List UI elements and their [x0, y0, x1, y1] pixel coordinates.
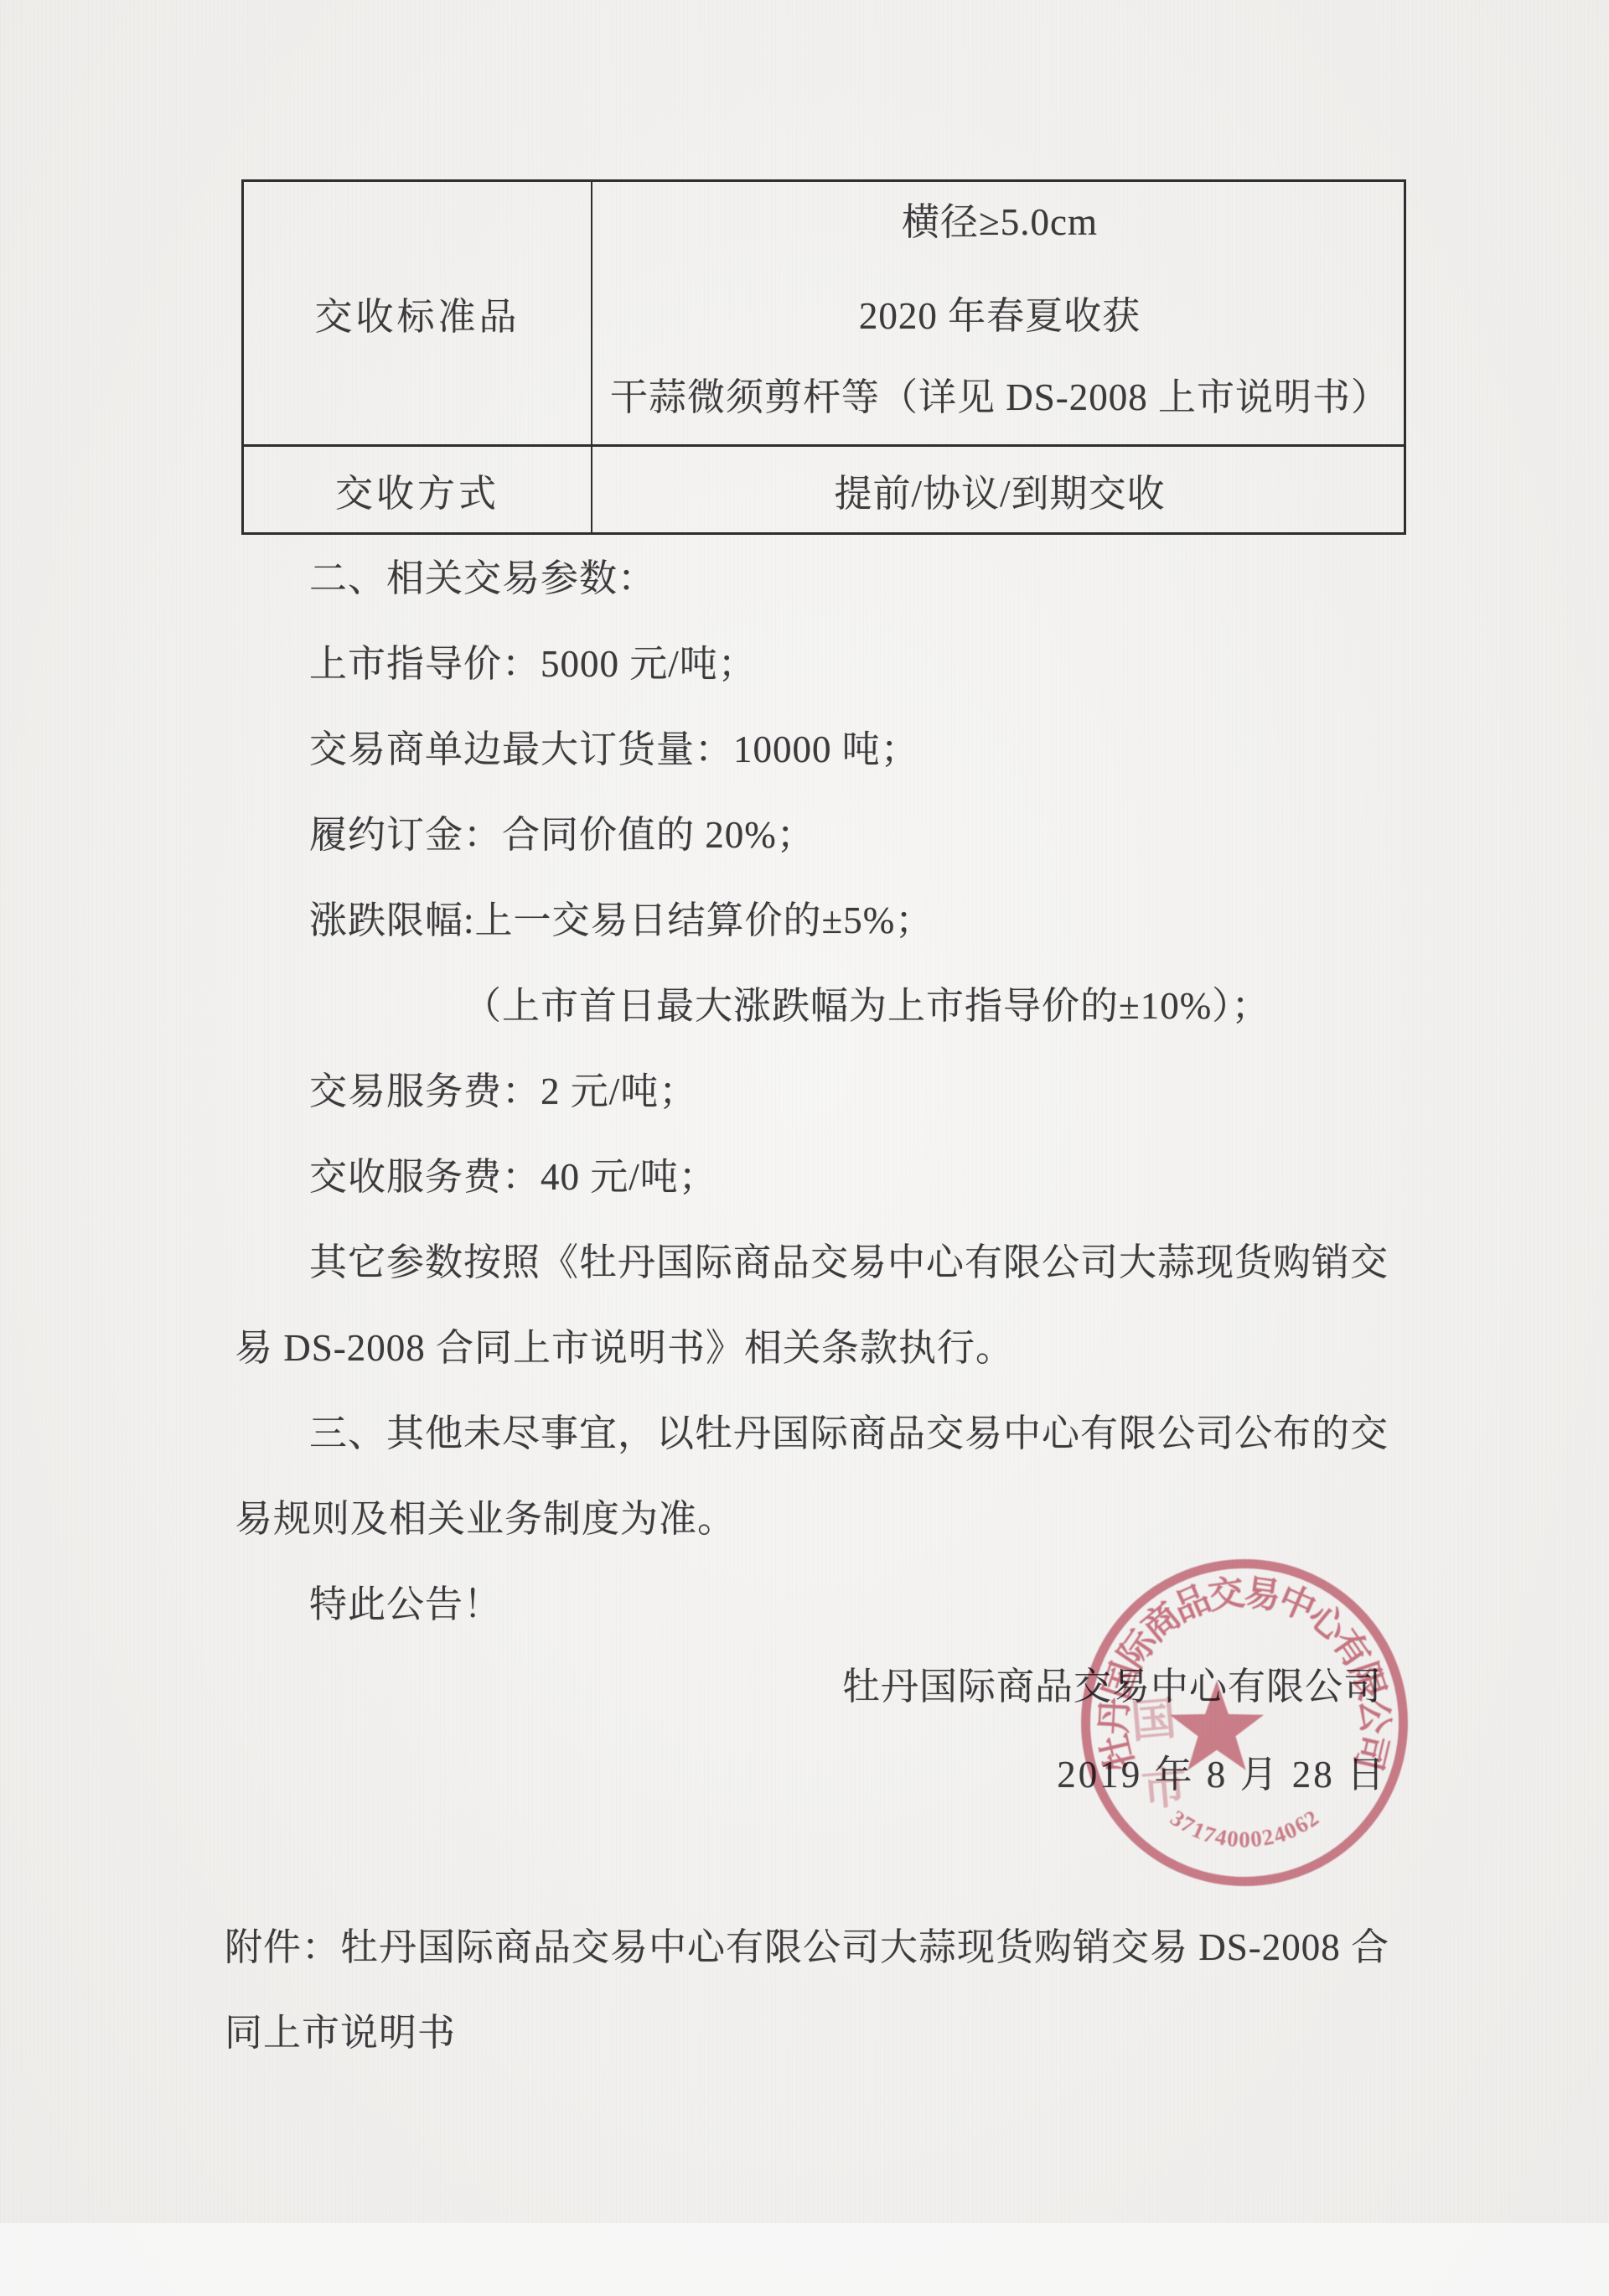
seal-serial-digit: 0 [1239, 1827, 1250, 1853]
body-line-section-3-1: 三、其他未尽事宜，以牡丹国际商品交易中心有限公司公布的交 [235, 1391, 1401, 1476]
seal-serial-digit: 0 [1225, 1826, 1239, 1853]
spec-line-harvest: 2020 年春夏收获 [592, 294, 1407, 338]
attachment-note-line-2: 同上市说明书 [225, 1990, 1482, 2076]
body-line-delivery-fee: 交收服务费：40 元/吨； [235, 1134, 1401, 1220]
table-label-delivery-method-text: 交收方式 [335, 463, 499, 517]
table-value-delivery-method: 提前/协议/到期交收 [592, 447, 1407, 532]
body-line-other-params-2: 易 DS-2008 合同上市说明书》相关条款执行。 [235, 1305, 1401, 1391]
body-line-deposit: 履约订金：合同价值的 20%； [235, 792, 1401, 878]
seal-arc-char: 公 [1350, 1697, 1403, 1735]
table-label-delivery-method: 交收方式 [244, 447, 591, 532]
scan-edge-band [0, 2223, 1609, 2296]
body-line-trade-fee: 交易服务费：2 元/吨； [235, 1049, 1401, 1134]
table-label-delivery-standard: 交收标准品 [244, 182, 591, 444]
seal-ghost-char-2: 市 [1139, 1750, 1190, 1818]
spec-line-garlic-detail: 干蒜微须剪杆等（详见 DS-2008 上市说明书） [592, 376, 1407, 419]
body-line-first-day-limit: （上市首日最大涨跌幅为上市指导价的±10%）； [235, 963, 1401, 1049]
body-line-section-2: 二、相关交易参数： [235, 536, 1401, 621]
body-line-guide-price: 上市指导价：5000 元/吨； [235, 621, 1401, 707]
table-value-delivery-method-text: 提前/协议/到期交收 [834, 463, 1165, 517]
body-line-other-params-1: 其它参数按照《牡丹国际商品交易中心有限公司大蒜现货购销交 [235, 1220, 1401, 1305]
body-paragraphs: 二、相关交易参数： 上市指导价：5000 元/吨； 交易商单边最大订货量：100… [235, 536, 1401, 1647]
seal-ghost-char-1: 国 [1128, 1682, 1179, 1750]
body-line-price-limit: 涨跌限幅:上一交易日结算价的±5%； [235, 878, 1401, 963]
red-company-seal: 牡丹国际商品交易中心有限公司 3717400024062 国 市 [1043, 1521, 1446, 1924]
scanned-document-page: 交收标准品 横径≥5.0cm 2020 年春夏收获 干蒜微须剪杆等（详见 DS-… [0, 0, 1609, 2296]
table-label-delivery-standard-text: 交收标准品 [314, 286, 520, 340]
body-line-max-order: 交易商单边最大订货量：10000 吨； [235, 707, 1401, 792]
spec-line-diameter: 横径≥5.0cm [592, 200, 1407, 244]
delivery-spec-table: 交收标准品 横径≥5.0cm 2020 年春夏收获 干蒜微须剪杆等（详见 DS-… [241, 179, 1406, 535]
